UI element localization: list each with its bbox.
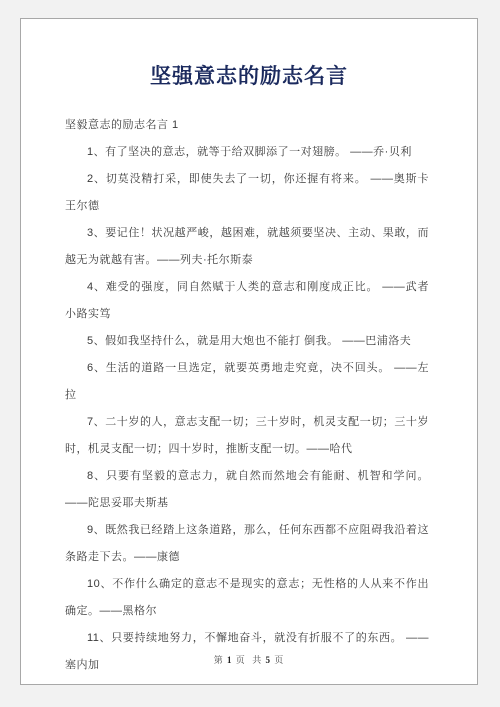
quote-paragraph: 2、切莫没精打采，即使失去了一切，你还握有将来。 ——奥斯卡 王尔德: [65, 166, 429, 220]
quote-paragraph: 9、既然我已经踏上这条道路，那么，任何东西都不应阻碍我沿着这条路走下去。——康德: [65, 517, 429, 571]
footer-label-ye2: 页: [274, 655, 284, 665]
quote-paragraph: 3、要记住！状况越严峻，越困难，就越须要坚决、主动、果敢，而越无为就越有害。——…: [65, 220, 429, 274]
quote-paragraph: 7、二十岁的人，意志支配一切；三十岁时，机灵支配一切；三十岁时，机灵支配一切；四…: [65, 409, 429, 463]
footer-label-gong: 共: [252, 655, 262, 665]
page-title: 坚强意志的励志名言: [21, 19, 477, 91]
quote-paragraph: 10、不作什么确定的意志不是现实的意志；无性格的人从来不作出确定。——黑格尔: [65, 571, 429, 625]
footer-label-di: 第: [214, 655, 224, 665]
list-subtitle: 坚毅意志的励志名言 1: [65, 112, 429, 139]
quote-paragraph: 6、生活的道路一旦选定，就要英勇地走究竟，决不回头。 ——左拉: [65, 355, 429, 409]
document-page: 坚强意志的励志名言 坚毅意志的励志名言 1 1、有了坚决的意志，就等于给双脚添了…: [20, 18, 478, 685]
quote-paragraph: 11、只要持续地努力，不懈地奋斗，就没有折服不了的东西。 ——塞内加: [65, 625, 429, 679]
footer-total-pages: 5: [266, 655, 272, 665]
quote-paragraph: 4、难受的强度，同自然赋于人类的意志和刚度成正比。 ——武者小路实笃: [65, 274, 429, 328]
quote-paragraph: 5、假如我坚持什么，就是用大炮也不能打 倒我。 ——巴浦洛夫: [65, 328, 429, 355]
footer-page-indicator: 第 1 页 共 5 页: [21, 653, 477, 666]
quote-paragraph: 1、有了坚决的意志，就等于给双脚添了一对翅膀。 ——乔·贝利: [65, 139, 429, 166]
footer-label-ye1: 页: [236, 655, 246, 665]
quote-paragraph: 8、只要有坚毅的意志力，就自然而然地会有能耐、机智和学问。——陀思妥耶夫斯基: [65, 463, 429, 517]
quotes-list: 坚毅意志的励志名言 1 1、有了坚决的意志，就等于给双脚添了一对翅膀。 ——乔·…: [21, 112, 477, 679]
footer-current-page: 1: [227, 655, 233, 665]
